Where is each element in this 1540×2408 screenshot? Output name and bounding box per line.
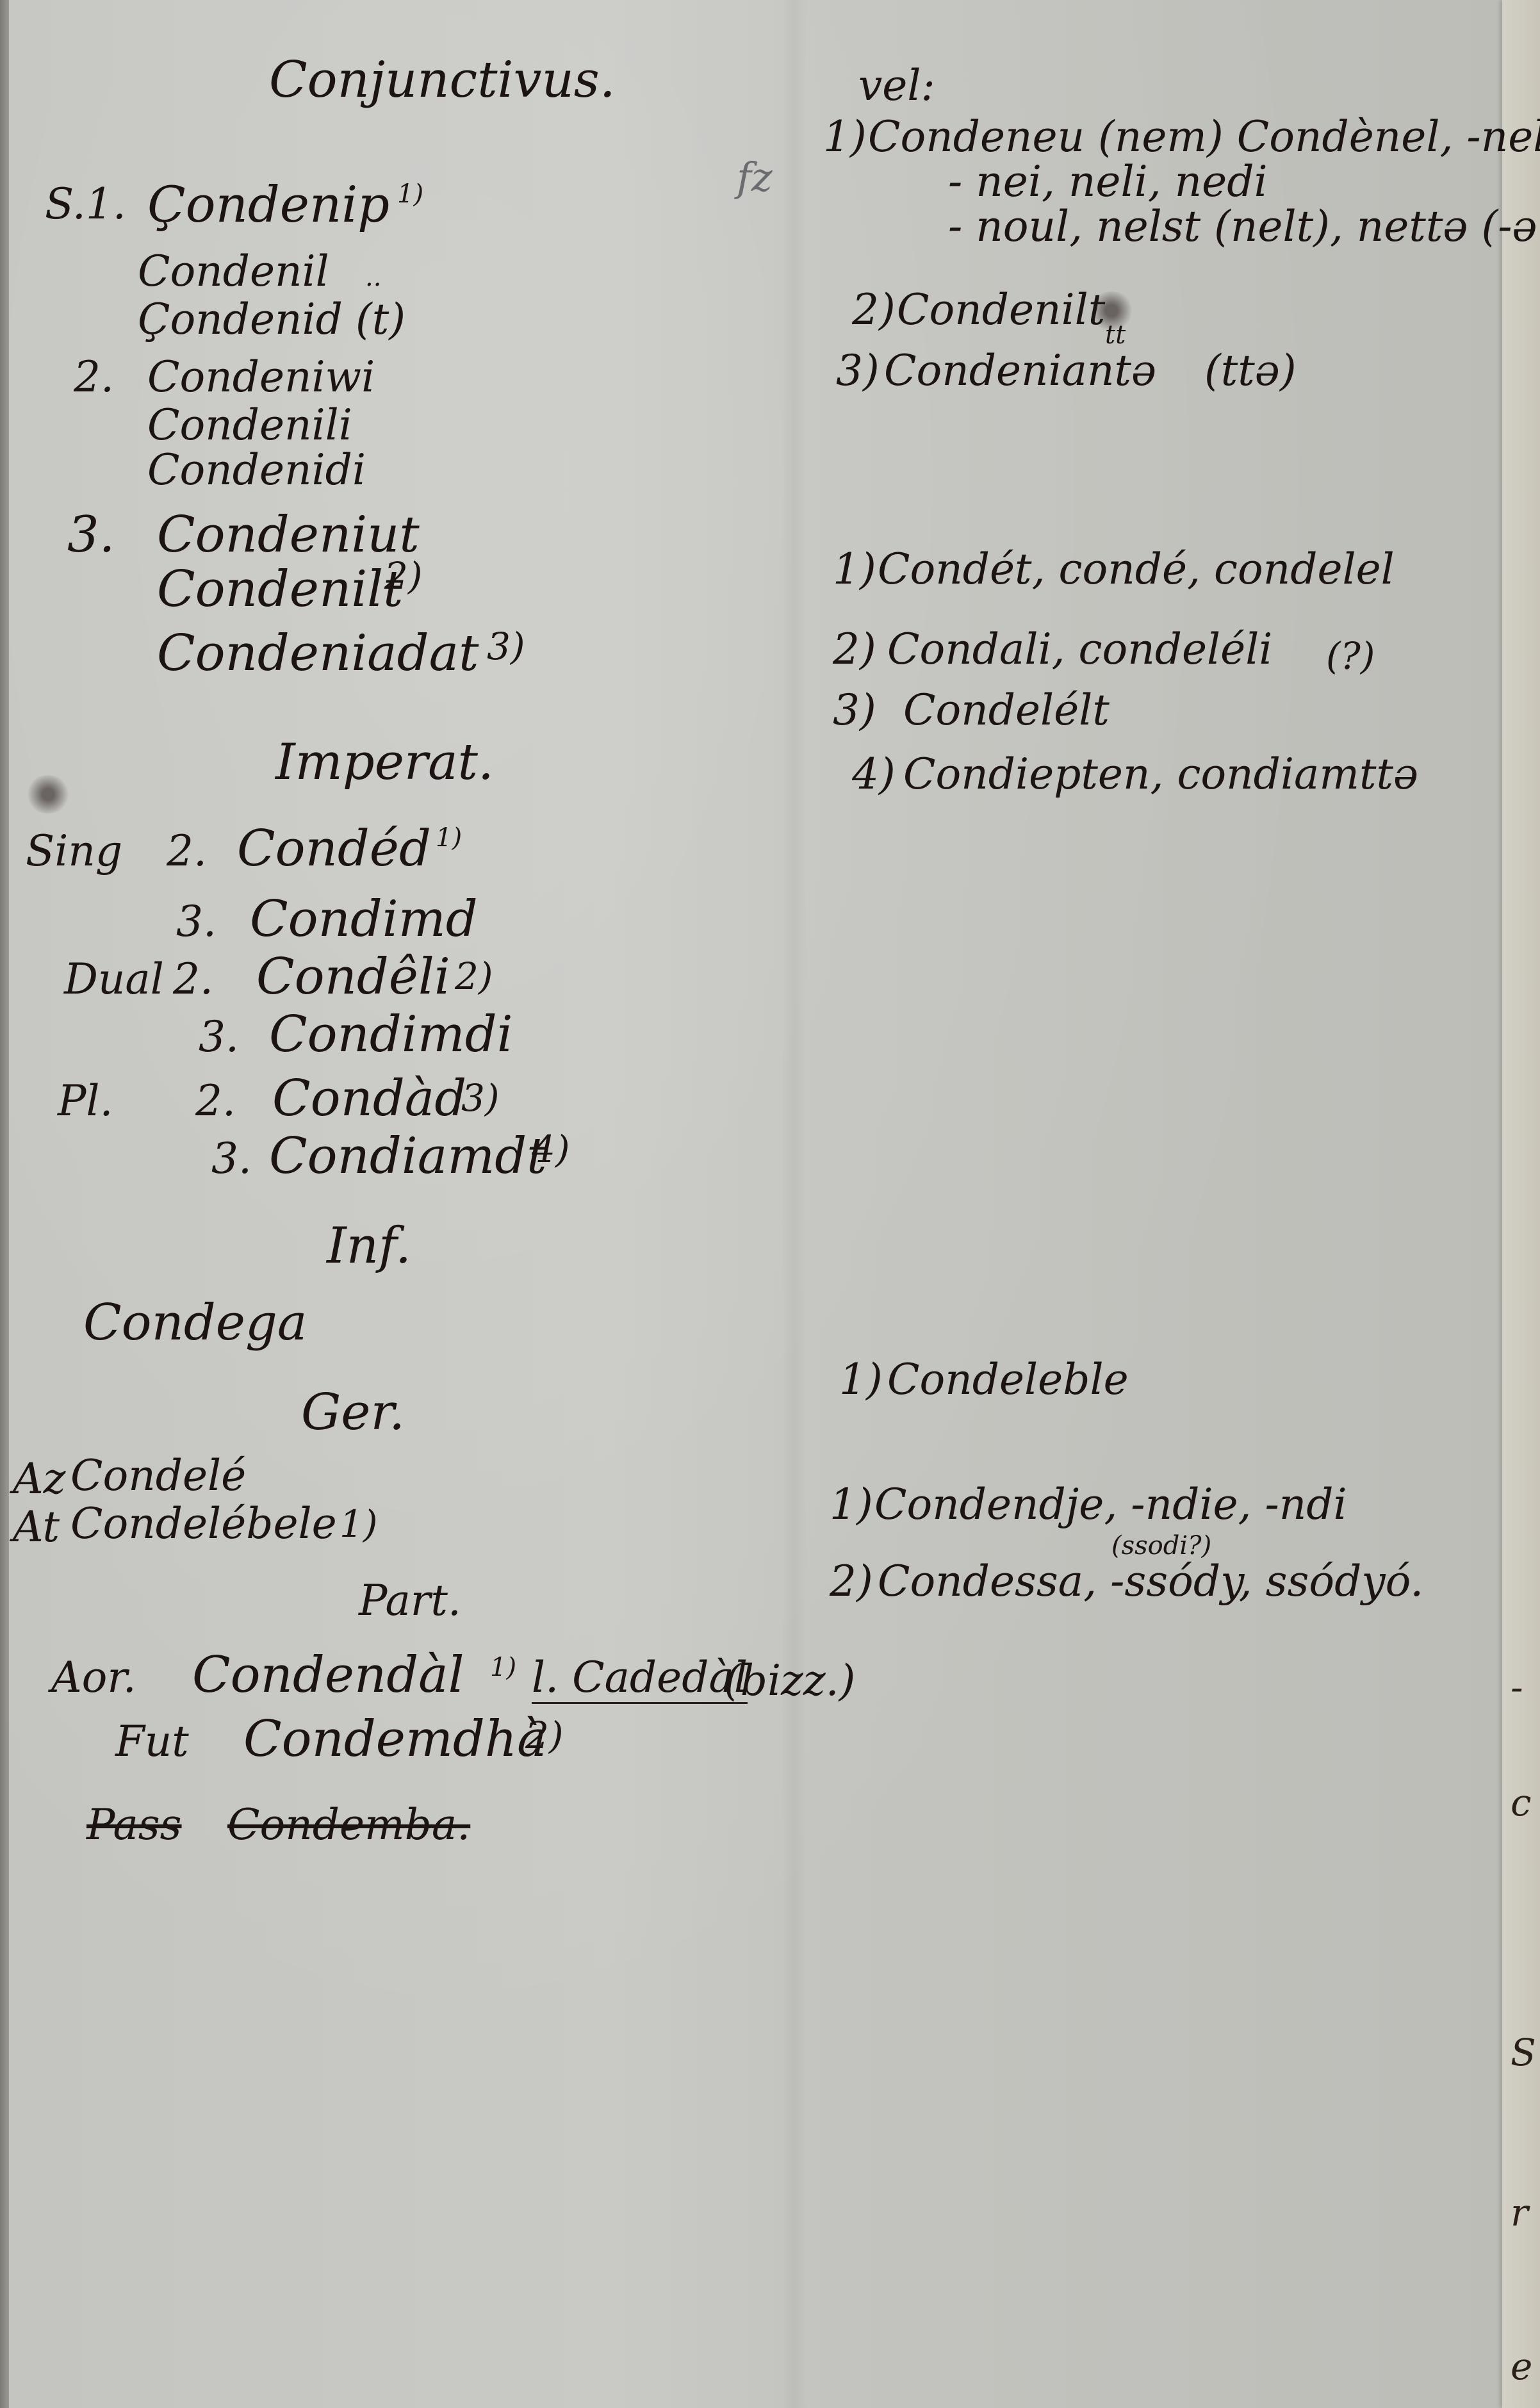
- variant-line: Condendje, -ndie, -ndi: [874, 1480, 1347, 1529]
- row-label: S.1.: [45, 179, 126, 229]
- variant-line: - noul, nelst (nelt), nettə (-ən).: [948, 202, 1540, 251]
- person-label: 3.: [211, 1134, 252, 1183]
- variant-line: Condét, condé, condelel: [878, 545, 1395, 594]
- verb-form: Çondenip: [147, 176, 389, 234]
- heading-conjunctivus: Conjunctivus.: [269, 51, 616, 109]
- variant-line: Condeleble: [887, 1355, 1129, 1404]
- verb-form: Condenili: [147, 400, 352, 450]
- next-page-mark: -: [1511, 1666, 1523, 1709]
- next-page-mark: e: [1511, 2345, 1532, 2388]
- verb-form: Condêli: [256, 948, 450, 1006]
- verb-form: Condeniwi: [147, 352, 375, 402]
- heading-vel: vel:: [858, 61, 935, 110]
- next-page-mark: r: [1511, 2191, 1528, 2234]
- footnote-ref: 1): [397, 179, 423, 209]
- footnote-ref: 3): [487, 625, 525, 668]
- tense-label-struck: Pass: [86, 1800, 182, 1849]
- number-label: Pl.: [58, 1076, 113, 1126]
- footnote-number: 1): [823, 112, 867, 161]
- inserted-text: tt: [1105, 320, 1126, 350]
- footnote-ref: ..: [365, 263, 381, 292]
- verb-form: Condelébele: [70, 1499, 337, 1548]
- footnote-number: 3): [836, 346, 880, 395]
- heading-imperativus: Imperat.: [275, 733, 494, 791]
- verb-form: Condeniadat: [157, 625, 479, 682]
- next-page-mark: c: [1511, 1781, 1531, 1824]
- footnote-ref: 1): [340, 1502, 378, 1546]
- person-label: 3.: [176, 897, 217, 946]
- ink-blot: [26, 775, 70, 814]
- variant-line: Condessa, -ssódy, ssódyó.: [878, 1557, 1423, 1606]
- number-label: Dual: [64, 954, 164, 1004]
- footnote-number: 3): [833, 685, 876, 735]
- verb-form: Condeniut: [157, 506, 420, 564]
- heading-gerundium: Ger.: [301, 1384, 405, 1441]
- person-label: 2.: [195, 1076, 236, 1126]
- footnote-number: 1): [839, 1355, 883, 1404]
- footnote-ref: 1): [436, 823, 462, 853]
- variant-line: Condenilt: [897, 285, 1105, 334]
- person-label: 2.: [167, 826, 207, 876]
- variant-note: (?): [1326, 634, 1375, 678]
- variant-form: l. Cadedàl: [532, 1653, 748, 1704]
- footnote-ref: (t): [356, 295, 405, 344]
- tense-label: Aor.: [51, 1653, 136, 1702]
- verb-form: Condemdhà: [243, 1710, 547, 1768]
- variant-line: Condelélt: [903, 685, 1110, 735]
- heading-infinitivus: Inf.: [327, 1217, 411, 1275]
- book-binding-edge: [0, 0, 9, 2408]
- person-label: 2.: [173, 954, 213, 1004]
- footnote-ref: 3): [461, 1076, 500, 1120]
- verb-form: Condéd: [237, 820, 431, 878]
- verb-form: Condimdi: [269, 1006, 513, 1063]
- variant-note: (ttə): [1204, 346, 1297, 395]
- verb-form: Condimd: [250, 890, 478, 948]
- footnote-number: 2): [830, 1557, 873, 1606]
- footnote-number: 2): [852, 285, 896, 334]
- verb-form: Condelé: [70, 1451, 246, 1500]
- next-page-mark: S: [1511, 2031, 1536, 2074]
- footnote-ref: 4): [532, 1127, 570, 1171]
- footnote-number: 2): [833, 625, 876, 674]
- footnote-ref: 2): [525, 1714, 564, 1757]
- prefix: At: [13, 1502, 60, 1552]
- tense-label: Fut: [115, 1717, 189, 1766]
- row-label: 3.: [67, 506, 115, 564]
- variant-line: Condali, condeléli: [887, 625, 1272, 674]
- variant-line: - nei, neli, nedi: [948, 157, 1268, 206]
- row-label: 2.: [74, 352, 114, 402]
- pencil-margin-mark: fz: [737, 154, 773, 201]
- verb-form: Condiamdt: [269, 1127, 547, 1185]
- variant-line: Condiepten, condiamttə: [903, 749, 1418, 799]
- infinitive-form: Condega: [83, 1294, 307, 1352]
- page-fold-shadow: [782, 0, 807, 2408]
- prefix: Az: [13, 1454, 65, 1503]
- footnote-ref: 2): [455, 954, 493, 998]
- variant-note: (bizz.): [724, 1656, 855, 1705]
- footnote-ref: 1): [490, 1653, 516, 1682]
- footnote-ref: 2): [384, 554, 423, 598]
- number-label: Sing: [26, 826, 122, 876]
- variant-line: Condeneu (nem) Condènel, -nel,: [868, 112, 1540, 161]
- verb-form: Condàd: [272, 1070, 466, 1127]
- verb-form: Condenil: [138, 247, 329, 296]
- footnote-number: 1): [830, 1480, 873, 1529]
- person-label: 3.: [199, 1012, 239, 1061]
- verb-form: Condenidi: [147, 445, 366, 495]
- verb-form: Çondenid: [138, 295, 343, 344]
- heading-participium: Part.: [359, 1576, 461, 1625]
- verb-form-struck: Condemba.: [227, 1800, 470, 1849]
- verb-form: Condenilt: [157, 561, 403, 618]
- verb-form: Condendàl: [192, 1646, 464, 1704]
- variant-line: Condeniantə: [884, 346, 1156, 395]
- footnote-number: 4): [852, 749, 896, 799]
- footnote-number: 1): [833, 545, 876, 594]
